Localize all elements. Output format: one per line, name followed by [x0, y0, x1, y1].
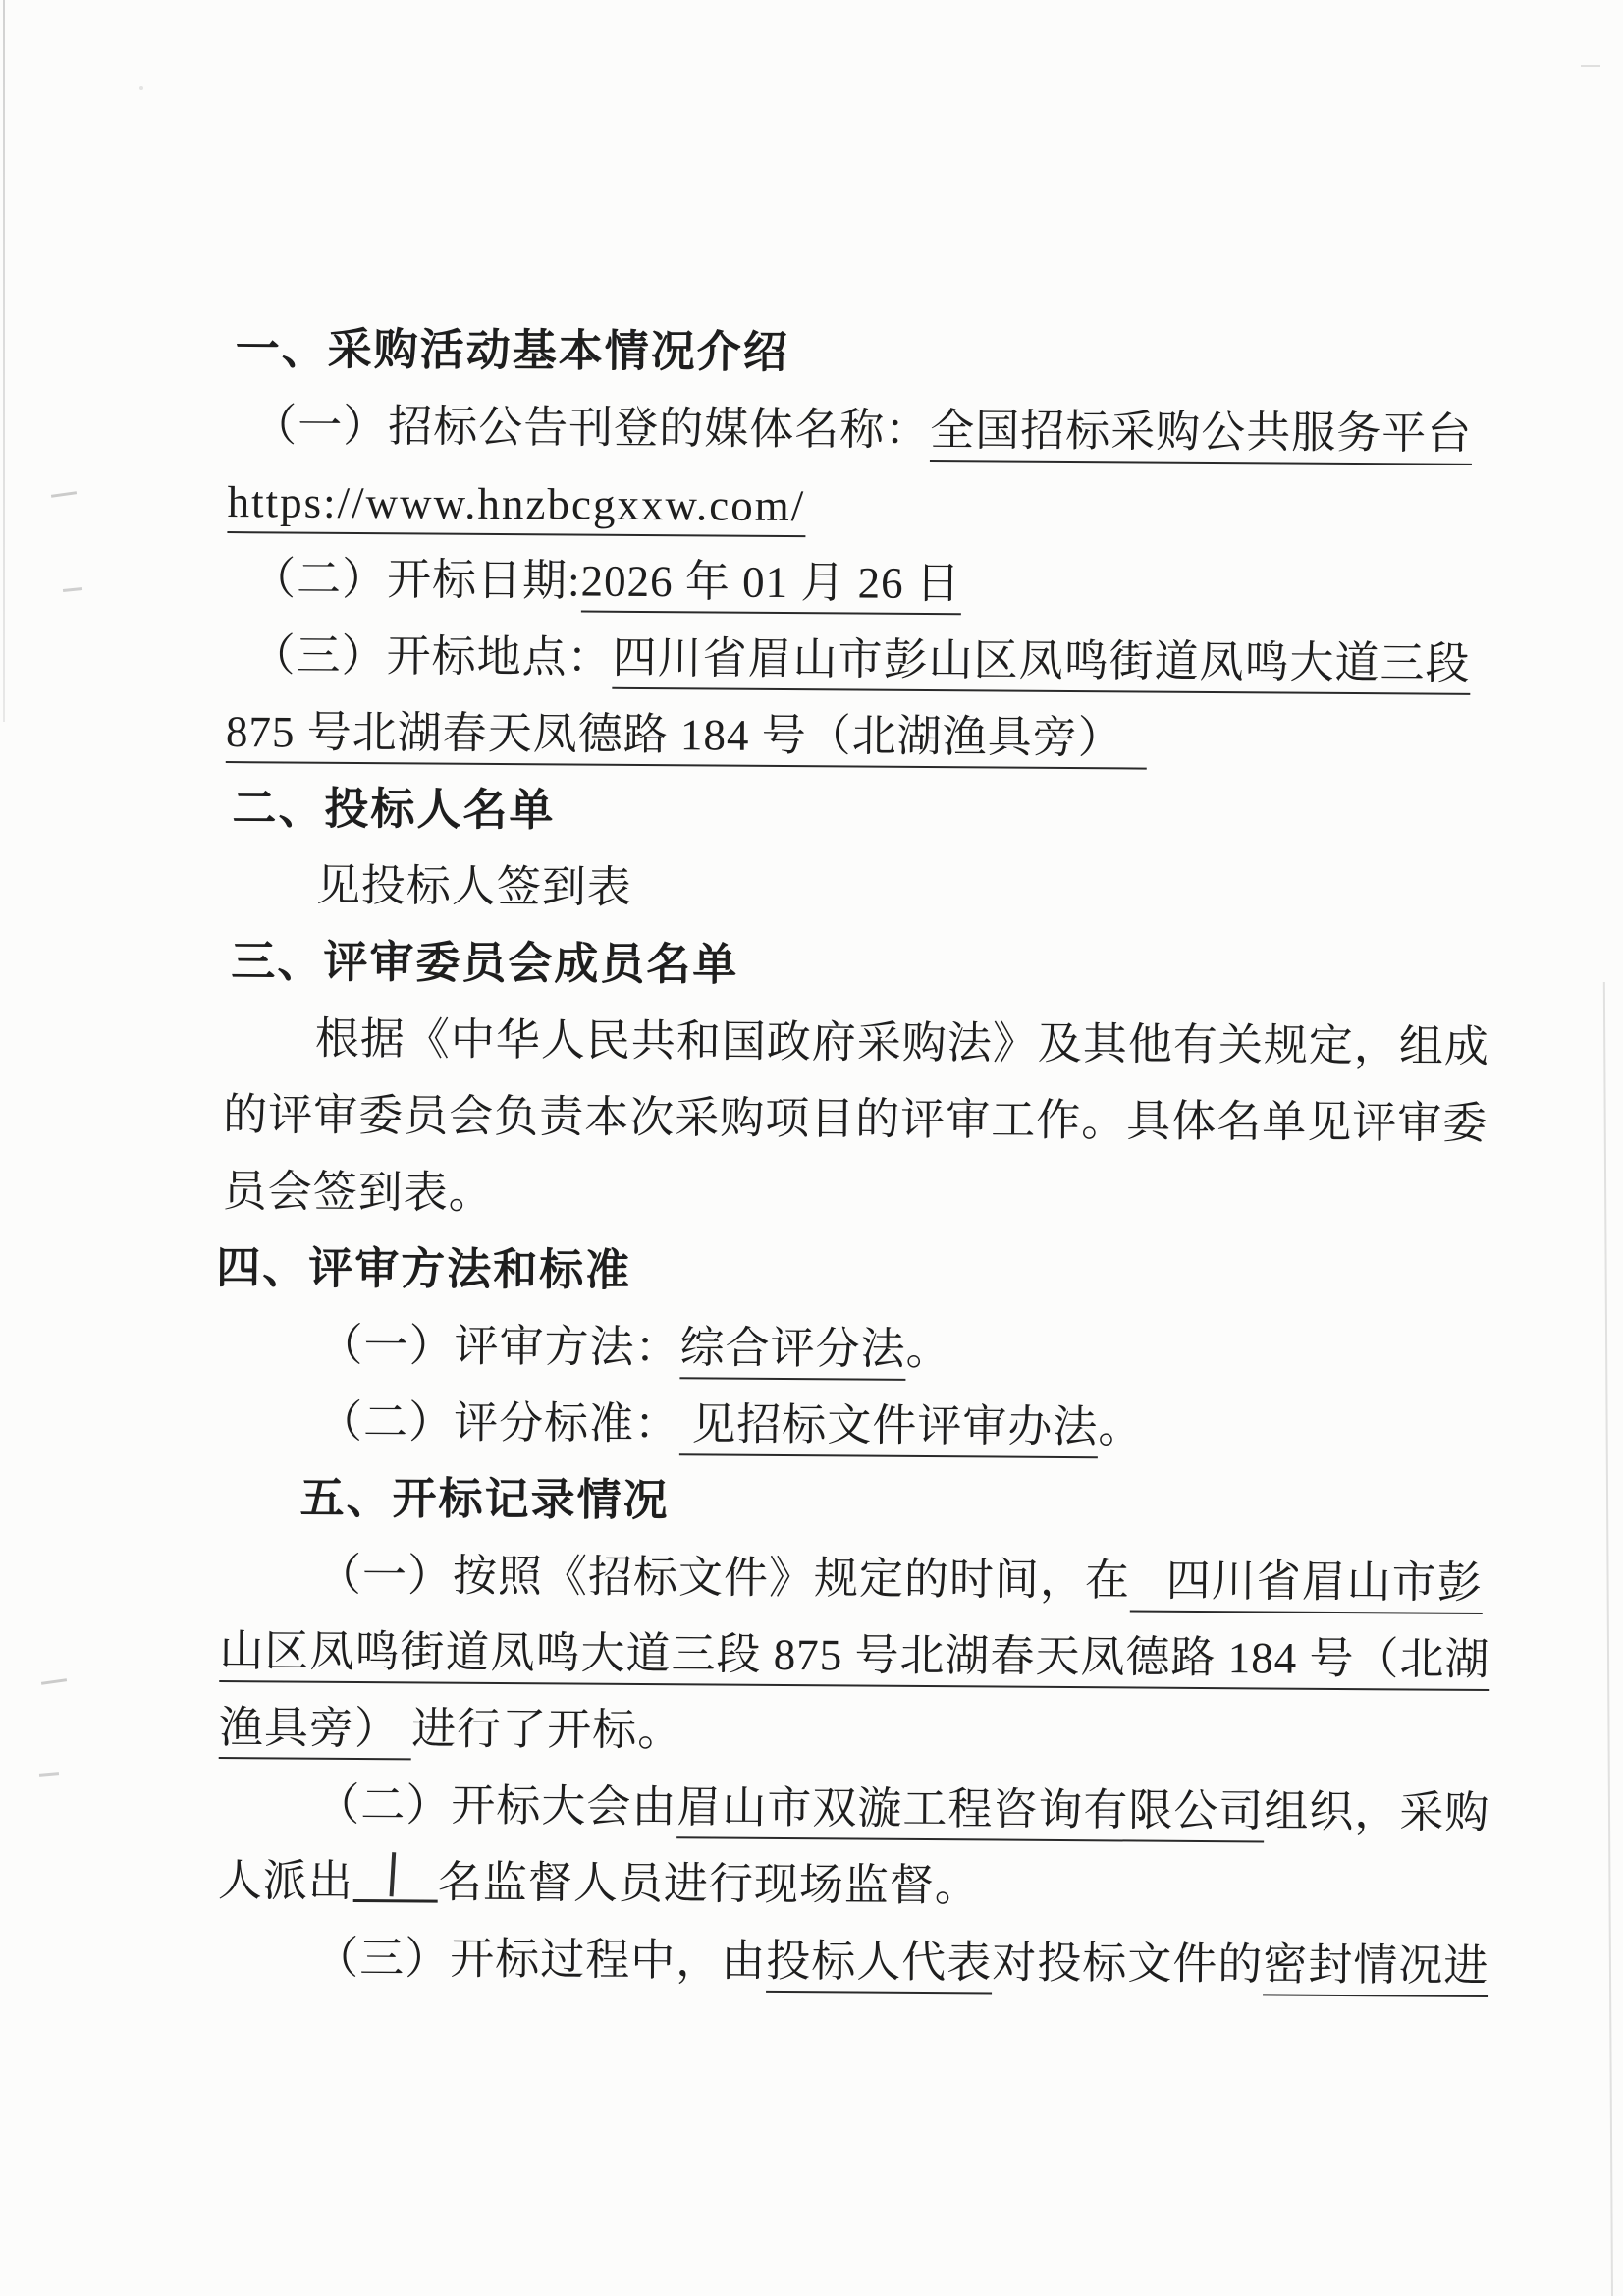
text-run: 二、投标人名单 [232, 783, 555, 835]
section-3-heading: 三、评审委员会成员名单 [231, 923, 1493, 1009]
scan-artifact [63, 587, 82, 592]
committee-para-3: 员会签到表。 [216, 1153, 1491, 1238]
underlined-text: 2026 年 01 月 26 日 [580, 557, 961, 616]
text-run: （二）开标大会由 [315, 1780, 676, 1832]
handwritten-one [353, 1854, 438, 1903]
underlined-text: 渔具旁） [219, 1703, 412, 1760]
text-run: 三、评审委员会成员名单 [231, 936, 738, 990]
underlined-text: 密封情况进 [1263, 1940, 1488, 1997]
item-5-2-line-1: （二）开标大会由眉山市双漩工程咨询有限公司组织，采购 [212, 1766, 1488, 1851]
text-run: 一、采购活动基本情况介绍 [236, 323, 789, 377]
scan-artifact [1581, 65, 1600, 67]
text-run: （三）开标过程中，由 [314, 1934, 766, 1986]
text-run: 。 [905, 1325, 950, 1374]
scan-edge-line-left [3, 0, 5, 722]
text-run: （一）按照《招标文件》规定的时间，在 [317, 1551, 1130, 1606]
item-5-1-line-3: 渔具旁） 进行了开标。 [213, 1689, 1488, 1775]
text-run: 。 [1098, 1402, 1143, 1451]
committee-para-2: 的评审委员会负责本次采购项目的评审工作。具体名单见评审委 [217, 1076, 1492, 1162]
document-content: 一、采购活动基本情况介绍（一）招标公告刊登的媒体名称：全国招标采购公共服务平台h… [211, 310, 1497, 2004]
text-run: 员会签到表。 [223, 1167, 494, 1218]
committee-para-1: 根据《中华人民共和国政府采购法》及其他有关规定，组成 [218, 1000, 1493, 1085]
scan-artifact [51, 491, 77, 498]
text-run: 根据《中华人民共和国政府采购法》及其他有关规定，组成 [315, 1014, 1489, 1071]
text-run: （三）开标地点： [250, 630, 612, 683]
scan-artifact [39, 1772, 59, 1777]
text-run: （二）评分标准： [318, 1397, 679, 1449]
underlined-text: https://www.hnzbcgxxw.com/ [227, 477, 805, 537]
item-4-1-method: （一）评审方法：综合评分法。 [215, 1306, 1490, 1392]
underlined-text: 眉山市双漩工程咨询有限公司 [676, 1782, 1264, 1842]
text-run: 进行了开标。 [411, 1704, 682, 1755]
underlined-text: 四川省眉山市彭 [1130, 1556, 1483, 1614]
text-run: 的评审委员会负责本次采购项目的评审工作。具体名单见评审委 [223, 1090, 1488, 1148]
text-run: 四、评审方法和标准 [216, 1242, 631, 1295]
text-run: 名监督人员进行现场监督。 [438, 1858, 980, 1911]
underlined-text: 四川省眉山市彭山区凤鸣街道凤鸣大道三段 [612, 633, 1470, 695]
section-5-heading: 五、开标记录情况 [299, 1460, 1489, 1545]
item-1-1-media: （一）招标公告刊登的媒体名称：全国招标采购公共服务平台 [222, 387, 1497, 472]
underlined-text: 投标人代表 [766, 1937, 992, 1995]
section-4-heading: 四、评审方法和标准 [216, 1230, 1491, 1315]
document-page: 一、采购活动基本情况介绍（一）招标公告刊登的媒体名称：全国招标采购公共服务平台h… [0, 0, 1623, 2296]
section-2-heading: 二、投标人名单 [232, 770, 1494, 855]
underlined-text: 875 号北湖春天凤德路 184 号（北湖渔具旁） [226, 707, 1148, 770]
text-run: （一）评审方法： [318, 1321, 679, 1373]
underlined-text: 山区凤鸣街道凤鸣大道三段 875 号北湖春天凤德路 184 号（北湖 [219, 1626, 1489, 1691]
underlined-text: 综合评分法 [679, 1323, 905, 1381]
text-run: 对投标文件的 [992, 1939, 1263, 1990]
underlined-text: 见招标文件评审办法 [679, 1399, 1099, 1458]
underlined-text: 全国招标采购公共服务平台 [930, 406, 1472, 465]
item-4-2-criteria: （二）评分标准： 见招标文件评审办法。 [215, 1383, 1490, 1468]
text-run: 见投标人签到表 [316, 861, 632, 912]
text-run: 人派出 [218, 1856, 353, 1906]
media-url: https://www.hnzbcgxxw.com/ [221, 464, 1496, 549]
scan-artifact [41, 1678, 67, 1685]
item-1-2-date: （二）开标日期:2026 年 01 月 26 日 [221, 540, 1496, 626]
scan-artifact [139, 86, 143, 90]
text-run: （二）开标日期: [251, 554, 581, 605]
item-5-2-line-2: 人派出名监督人员进行现场监督。 [212, 1842, 1488, 1928]
section-1-heading: 一、采购活动基本情况介绍 [235, 310, 1497, 396]
scan-edge-line-right [1603, 982, 1613, 2296]
text-run: 五、开标记录情况 [299, 1473, 669, 1526]
bidder-list-note: 见投标人签到表 [219, 847, 1494, 932]
item-5-1-line-1: （一）按照《招标文件》规定的时间，在 四川省眉山市彭 [214, 1536, 1489, 1621]
text-run: 组织，采购 [1264, 1786, 1489, 1837]
place-continued: 875 号北湖春天凤德路 184 号（北湖渔具旁） [220, 693, 1495, 779]
item-5-3-line-1: （三）开标过程中，由投标人代表对投标文件的密封情况进 [211, 1919, 1487, 2004]
text-run: （一）招标公告刊登的媒体名称： [252, 401, 930, 455]
item-1-3-place: （三）开标地点：四川省眉山市彭山区凤鸣街道凤鸣大道三段 [220, 617, 1495, 702]
item-5-1-line-2: 山区凤鸣街道凤鸣大道三段 875 号北湖春天凤德路 184 号（北湖 [213, 1613, 1488, 1698]
